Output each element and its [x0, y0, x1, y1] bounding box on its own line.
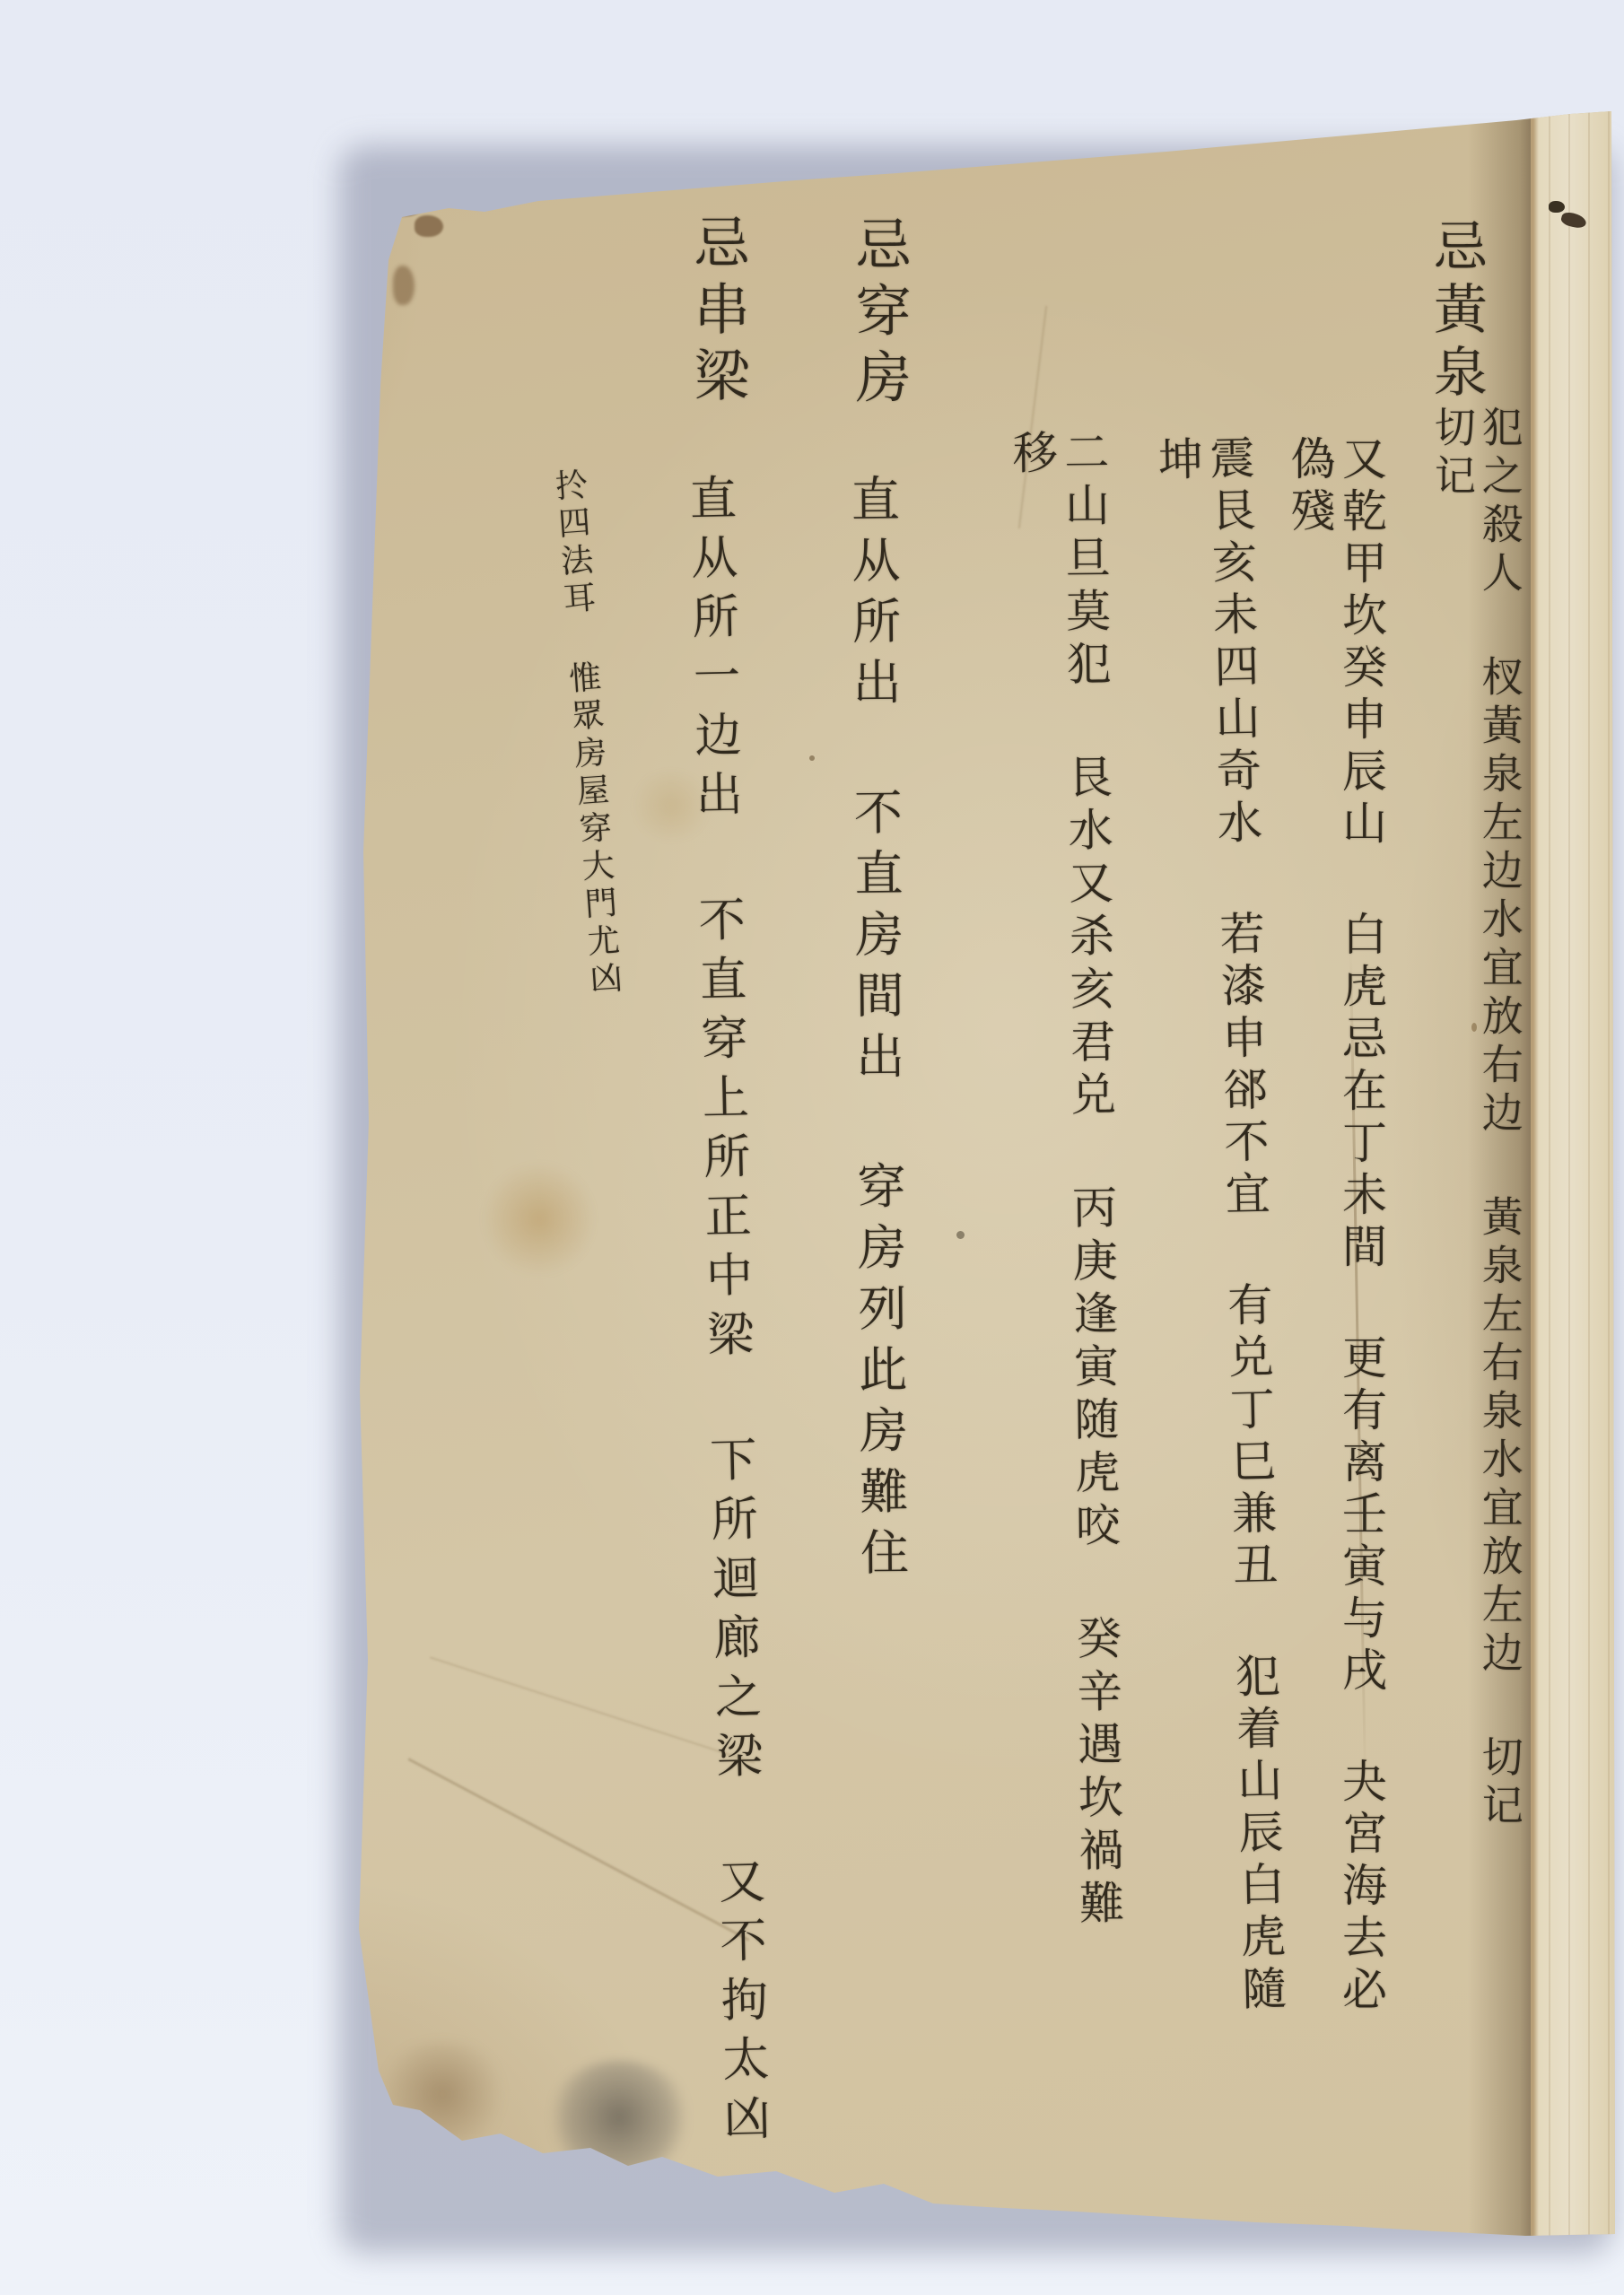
manuscript-page: 忌黃泉 犯之殺人 杈黃泉左边水宜放右边 黃泉左右泉水宜放左边 切记切记 又乾甲坎…: [0, 0, 1624, 2295]
text-column-chuanliang-rule: 直从所一边出 不直穿上所正中梁 下所迴廊之梁 又不拘太凶: [680, 473, 770, 2178]
text-column-er-shan: 二山旦莫犯 艮水又杀亥君兑 丙庚逢寅随虎咬 癸辛遇坎禍難移: [1005, 428, 1124, 1963]
section-title-ji-chuanfang: 忌穿房: [847, 215, 911, 440]
paper-speck: [809, 755, 815, 761]
text-column-closing-note: 扵四法耳 惟眾房屋穿大門尤凶: [549, 467, 626, 1043]
section-title-ji-chuanliang: 忌串梁: [685, 214, 749, 438]
manuscript-photo: 忌黃泉 犯之殺人 杈黃泉左边水宜放右边 黃泉左右泉水宜放左边 切记切记 又乾甲坎…: [0, 0, 1624, 2295]
paper-speck: [956, 1231, 965, 1239]
paper-stain: [481, 1163, 598, 1276]
text-column-chuanfang-rule: 直从所出 不直房間出 穿房列此房難住: [843, 474, 909, 1640]
text-column-zhen-gen-hai: 震艮亥未四山奇水 若漆申郤不宜 有兑丁巳兼丑 犯着山辰白虎隨坤: [1150, 434, 1287, 2042]
torn-corner-fragment: [393, 266, 415, 305]
section-title-ji-huangquan: 忌黃泉: [1425, 218, 1487, 433]
paper-crease: [407, 1758, 749, 1942]
text-column-qian-jia-kan: 又乾甲坎癸申辰山 白虎忌在丁未間 更有离壬寅与戌 夬宮海去必偽殘: [1283, 435, 1386, 2041]
torn-corner-fragment: [415, 215, 443, 237]
facing-page-edge: [1531, 0, 1617, 2295]
ink-blot: [1549, 201, 1565, 213]
text-column-huangquan-rule: 犯之殺人 杈黃泉左边水宜放右边 黃泉左右泉水宜放左边 切记切记: [1428, 406, 1524, 1868]
